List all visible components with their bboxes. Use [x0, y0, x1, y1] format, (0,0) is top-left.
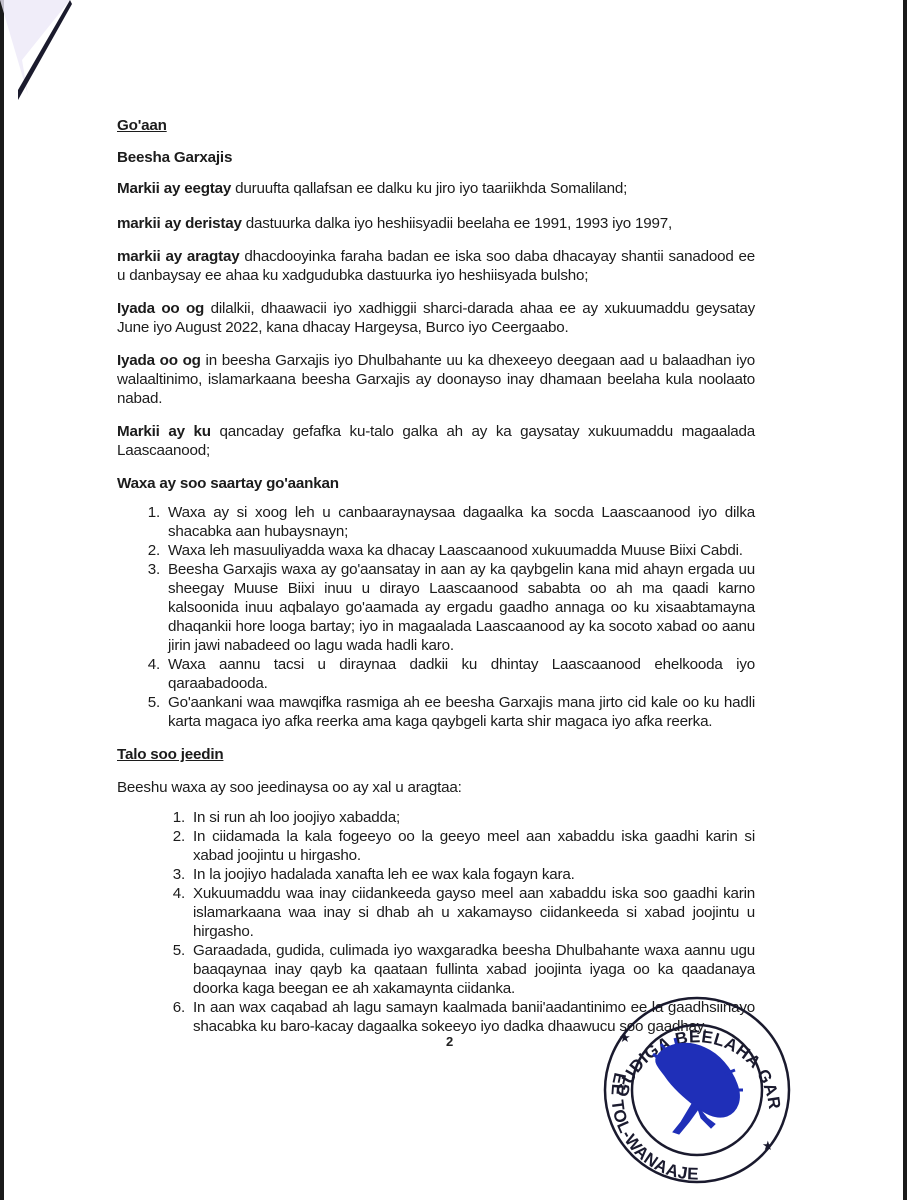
- preamble-paragraph: Markii ay ku qancaday gefafka ku-talo ga…: [117, 422, 755, 460]
- official-seal-stamp: GUDIGA BEELAHA GARXAJIS EE TOL-WANAAJE ★…: [597, 990, 797, 1190]
- decision-item: Beesha Garxajis waxa ay go'aansatay in a…: [164, 560, 755, 655]
- preamble-lead: markii ay deristay: [117, 215, 242, 232]
- recommendation-item: In la joojiyo hadalada xanafta leh ee wa…: [189, 865, 755, 884]
- recommendations-intro: Beeshu waxa ay soo jeedinaysa oo ay xal …: [117, 778, 755, 797]
- seal-star-right: ★: [762, 1138, 774, 1153]
- recommendation-item: In ciidamada la kala fogeeyo oo la geeyo…: [189, 827, 755, 865]
- preamble: Markii ay eegtay duruufta qallafsan ee d…: [117, 179, 755, 460]
- preamble-lead: markii ay aragtay: [117, 248, 240, 265]
- preamble-lead: Markii ay ku: [117, 423, 211, 440]
- preamble-paragraph: Iyada oo og in beesha Garxajis iyo Dhulb…: [117, 351, 755, 408]
- preamble-paragraph: markii ay deristay dastuurka dalka iyo h…: [117, 214, 755, 233]
- recommendations-heading: Talo soo jeedin: [117, 745, 755, 764]
- decisions-heading: Waxa ay soo saartay go'aankan: [117, 474, 755, 493]
- preamble-paragraph: markii ay aragtay dhacdooyinka faraha ba…: [117, 247, 755, 285]
- decision-item: Waxa ay si xoog leh u canbaaraynaysaa da…: [164, 503, 755, 541]
- document-page: Go'aan Beesha Garxajis Markii ay eegtay …: [117, 116, 755, 1036]
- preamble-paragraph: Markii ay eegtay duruufta qallafsan ee d…: [117, 179, 755, 198]
- page-fold-line: [0, 0, 140, 110]
- preamble-lead: Iyada oo og: [117, 352, 201, 369]
- decision-heading: Go'aan: [117, 116, 755, 135]
- recommendation-item: Xukuumaddu waa inay ciidankeeda gayso me…: [189, 884, 755, 941]
- decisions-list: Waxa ay si xoog leh u canbaaraynaysaa da…: [117, 503, 755, 731]
- preamble-paragraph: Iyada oo og dilalkii, dhaawacii iyo xadh…: [117, 299, 755, 337]
- recommendation-item: In si run ah loo joojiyo xabadda;: [189, 808, 755, 827]
- decision-item: Waxa leh masuuliyadda waxa ka dhacay Laa…: [164, 541, 755, 560]
- page-edge-left: [0, 0, 4, 1200]
- page-number: 2: [446, 1034, 453, 1049]
- page-edge-right: [903, 0, 907, 1200]
- preamble-lead: Markii ay eegtay: [117, 180, 231, 197]
- decision-item: Waxa aannu tacsi u diraynaa dadkii ku dh…: [164, 655, 755, 693]
- decision-item: Go'aankani waa mawqifka rasmiga ah ee be…: [164, 693, 755, 731]
- clan-name-heading: Beesha Garxajis: [117, 148, 755, 167]
- seal-star-left: ★: [619, 1030, 631, 1045]
- preamble-lead: Iyada oo og: [117, 300, 204, 317]
